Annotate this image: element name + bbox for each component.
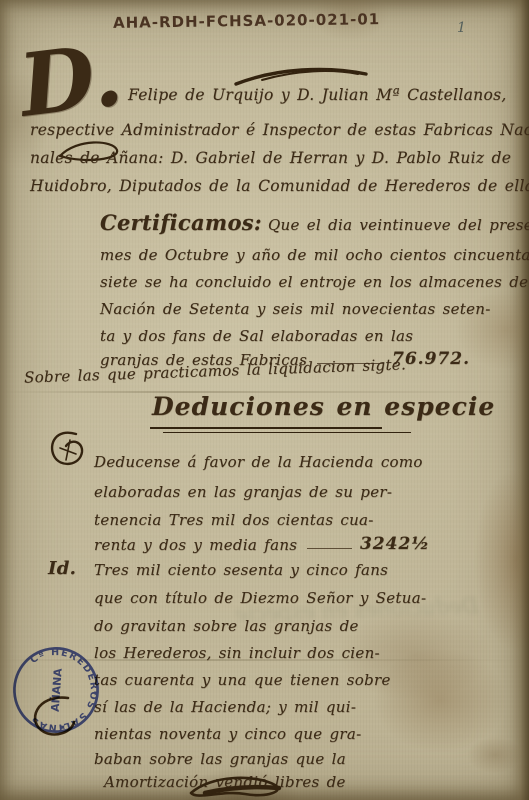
heading-underline bbox=[150, 427, 382, 429]
item-mark-flourish bbox=[46, 428, 88, 470]
certification-line: Certificamos:Que el dia veintinueve del … bbox=[100, 210, 529, 235]
heading-underline bbox=[163, 432, 411, 433]
manuscript-page: Deduciones en especie AHA-RDH-FCHSA-020-… bbox=[0, 0, 529, 800]
dash-leader bbox=[307, 548, 352, 549]
certification-line: mes de Octubre y año de mil ocho cientos… bbox=[100, 246, 529, 264]
deduction-line: nientas noventa y cinco que gra- bbox=[94, 725, 361, 743]
certification-lead: Certificamos: bbox=[100, 210, 262, 235]
pen-swash bbox=[232, 64, 372, 88]
deduction-line: los Herederos, sin incluir dos cien- bbox=[94, 644, 380, 662]
certification-line: Nación de Setenta y seis mil novecientas… bbox=[100, 300, 491, 318]
opening-line: nales de Añana: D. Gabriel de Herran y D… bbox=[30, 149, 511, 167]
item-marker: Id. bbox=[48, 558, 76, 579]
closing-flourish bbox=[183, 780, 295, 798]
deduction-amount-row: renta y dos y media fans 3242½ bbox=[94, 534, 430, 554]
deduction-line: do gravitan sobre las granjas de bbox=[94, 617, 359, 635]
deduction-line: que con título de Diezmo Señor y Setua- bbox=[94, 589, 426, 607]
deduction-line: tas cuarenta y una que tienen sobre bbox=[94, 671, 391, 689]
deduction-line: baban sobre las granjas que la bbox=[94, 750, 346, 768]
opening-line: Huidobro, Diputados de la Comunidad de H… bbox=[30, 177, 529, 195]
amount-row-text: renta y dos y media fans bbox=[94, 536, 297, 554]
page-number: 1 bbox=[457, 20, 466, 36]
certification-line-text: Que el dia veintinueve del presente bbox=[268, 216, 529, 234]
deduction-line: elaboradas en las granjas de su per- bbox=[94, 483, 392, 501]
drop-cap-initial: D. bbox=[16, 36, 127, 125]
deduction-fanegas-value: 3242½ bbox=[360, 534, 430, 554]
opening-line: respective Administrador é Inspector de … bbox=[30, 121, 529, 139]
deduction-line: Tres mil ciento sesenta y cinco fans bbox=[94, 561, 388, 579]
torn-right-edge bbox=[513, 0, 529, 800]
section-heading: Deduciones en especie bbox=[152, 392, 495, 421]
deduction-line: tenencia Tres mil dos cientas cua- bbox=[94, 511, 374, 529]
stamp-center-text: AÑANA bbox=[49, 667, 65, 712]
deduction-line: sí las de la Hacienda; y mil qui- bbox=[94, 698, 356, 716]
archive-code: AHA-RDH-FCHSA-020-021-01 bbox=[113, 10, 380, 32]
opening-line: Felipe de Urquijo y D. Julian Mª Castell… bbox=[128, 86, 507, 104]
certification-line: siete se ha concluido el entroje en los … bbox=[100, 273, 529, 291]
certification-line: ta y dos fans de Sal elaboradas en las bbox=[100, 327, 413, 345]
deduction-line: Deducense á favor de la Hacienda como bbox=[94, 453, 423, 471]
